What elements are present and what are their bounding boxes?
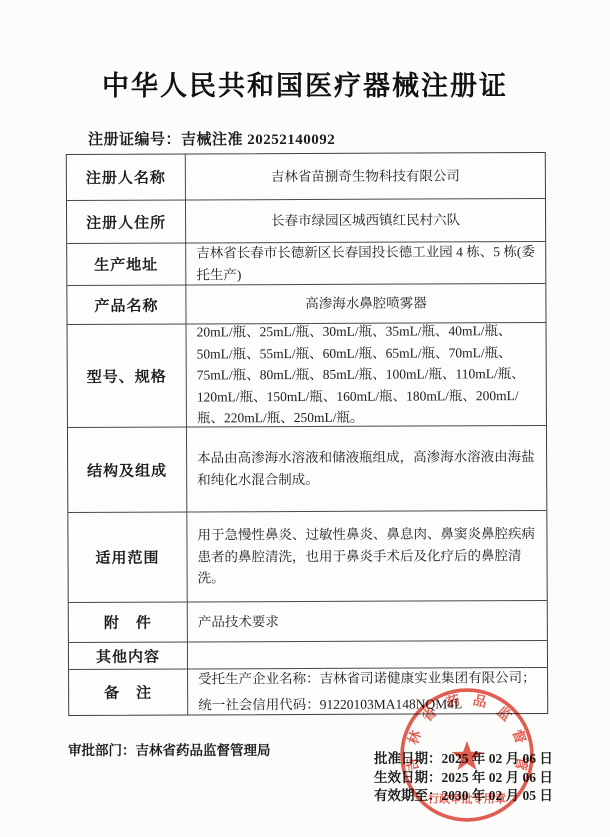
table-row-registrant-name: 注册人名称 吉林省苗捌奇生物科技有限公司	[67, 153, 545, 200]
remark-line-credit-code: 统一社会信用代码：91220103MA148NQM4L	[198, 692, 537, 715]
certificate-number-value: 吉械注准 20252140092	[181, 132, 335, 148]
expiry-date-label: 有效期至：	[374, 788, 442, 803]
table-row-remarks: 备 注 受托生产企业名称：吉林省司诺健康实业集团有限公司； 统一社会信用代码：9…	[69, 667, 547, 715]
table-row-attachment: 附 件 产品技术要求	[69, 600, 547, 642]
certificate-page: 中华人民共和国医疗器械注册证 注册证编号：吉械注准 20252140092 注册…	[0, 0, 610, 837]
page-title: 中华人民共和国医疗器械注册证	[0, 64, 610, 103]
table-row-other-content: 其他内容	[69, 640, 547, 669]
certificate-number: 注册证编号：吉械注准 20252140092	[88, 128, 335, 149]
approval-department-label: 审批部门：	[68, 743, 136, 758]
approval-department: 审批部门：吉林省药品监督管理局	[68, 739, 271, 759]
expiry-date-value: 2030 年 02 月 05 日	[442, 788, 553, 803]
effective-date-value: 2025 年 02 月 06 日	[442, 770, 553, 785]
row-label: 备 注	[69, 670, 188, 716]
row-label: 结构及组成	[68, 428, 187, 513]
approval-department-value: 吉林省药品监督管理局	[136, 743, 271, 758]
row-value: 高渗海水鼻腔喷雾器	[186, 284, 545, 324]
approval-date-value: 2025 年 02 月 06 日	[442, 751, 553, 766]
table-row-intended-use: 适用范围 用于急慢性鼻炎、过敏性鼻炎、鼻息肉、鼻窦炎鼻腔疾病患者的鼻腔清洗，也用…	[68, 510, 546, 602]
row-label: 生产地址	[67, 244, 186, 286]
row-label: 附 件	[69, 603, 188, 643]
row-value: 长春市绿园区城西镇红民村六队	[186, 199, 545, 243]
row-label: 注册人住所	[67, 201, 186, 244]
table-row-product-name: 产品名称 高渗海水鼻腔喷雾器	[67, 283, 545, 324]
table-row-model-spec: 型号、规格 20mL/瓶、25mL/瓶、30mL/瓶、35mL/瓶、40mL/瓶…	[68, 322, 546, 427]
row-value: 产品技术要求	[188, 601, 547, 642]
row-value	[188, 641, 547, 669]
effective-date-row: 生效日期：2025 年 02 月 06 日	[374, 769, 553, 788]
row-value: 吉林省长春市长德新区长春国投长德工业园 4 栋、5 栋(委托生产)	[186, 242, 545, 285]
row-value: 受托生产企业名称：吉林省司诺健康实业集团有限公司； 统一社会信用代码：91220…	[188, 668, 547, 715]
registration-table: 注册人名称 吉林省苗捌奇生物科技有限公司 注册人住所 长春市绿园区城西镇红民村六…	[66, 152, 548, 716]
date-block: 批准日期：2025 年 02 月 06 日 生效日期：2025 年 02 月 0…	[374, 750, 553, 806]
certificate-number-label: 注册证编号：	[88, 132, 181, 148]
row-value: 20mL/瓶、25mL/瓶、30mL/瓶、35mL/瓶、40mL/瓶、50mL/…	[187, 323, 546, 427]
row-label: 型号、规格	[68, 325, 187, 428]
table-row-structure-composition: 结构及组成 本品由高渗海水溶液和储液瓶组成，高渗海水溶液由海盐和纯化水混合制成。	[68, 425, 546, 512]
table-row-registrant-address: 注册人住所 长春市绿园区城西镇红民村六队	[67, 198, 545, 243]
row-value: 吉林省苗捌奇生物科技有限公司	[186, 153, 545, 200]
remark-line-entrusted-manufacturer: 受托生产企业名称：吉林省司诺健康实业集团有限公司；	[198, 667, 537, 690]
row-label: 注册人名称	[67, 155, 186, 201]
approval-date-row: 批准日期：2025 年 02 月 06 日	[374, 750, 553, 769]
row-label: 适用范围	[68, 513, 187, 603]
effective-date-label: 生效日期：	[374, 770, 442, 785]
table-row-production-address: 生产地址 吉林省长春市长德新区长春国投长德工业园 4 栋、5 栋(委托生产)	[67, 241, 545, 285]
row-label: 其他内容	[69, 643, 188, 670]
row-value: 本品由高渗海水溶液和储液瓶组成，高渗海水溶液由海盐和纯化水混合制成。	[187, 426, 546, 512]
approval-date-label: 批准日期：	[374, 751, 442, 766]
row-label: 产品名称	[67, 286, 186, 325]
expiry-date-row: 有效期至：2030 年 02 月 05 日	[374, 787, 553, 806]
row-value: 用于急慢性鼻炎、过敏性鼻炎、鼻息肉、鼻窦炎鼻腔疾病患者的鼻腔清洗，也用于鼻炎手术…	[187, 511, 546, 602]
